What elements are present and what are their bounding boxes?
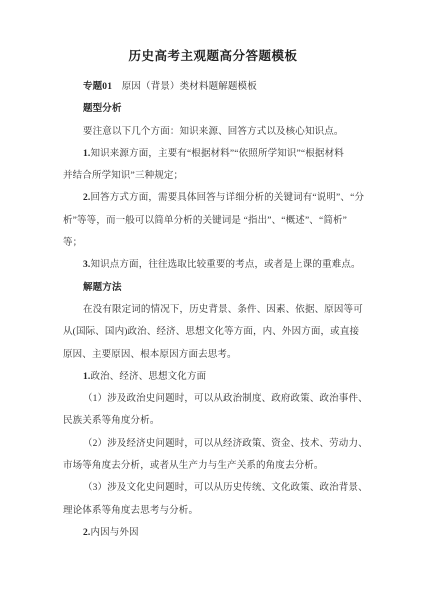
paragraph-line: 等； <box>63 232 363 254</box>
text-run: 市场等角度去分析，或者从生产力与生产关系的角度去分析。 <box>63 461 324 471</box>
paragraph-line: 民族关系等角度分析。 <box>63 410 363 432</box>
paragraph-line: 析”等等，而一般可以简单分析的关键词是 “指出”、“概述”、“简析” <box>63 210 363 232</box>
text-run: 从(国际、国内)政治、经济、思想文化等方面，内、外因方面，或直接 <box>63 327 359 337</box>
text-run: 要注意以下几个方面：知识来源、回答方式以及核心知识点。 <box>83 127 344 137</box>
paragraph-first-line: 3.知识点方面，往往选取比较重要的考点，或者是上课的重难点。 <box>63 254 363 276</box>
document-page: 历史高考主观题高分答题模板 专题01 原因（背景）类材料题解题模板题型分析要注意… <box>0 0 423 600</box>
text-run: 知识点方面，往往选取比较重要的考点，或者是上课的重难点。 <box>90 260 360 270</box>
paragraph-line: 原因、主要原因、根本原因方面去思考。 <box>63 344 363 366</box>
paragraph-first-line: （3）涉及文化史问题时，可以从历史传统、文化政策、政治背景、 <box>63 477 363 499</box>
document-title: 历史高考主观题高分答题模板 <box>63 46 363 66</box>
text-run: 民族关系等角度分析。 <box>63 416 160 426</box>
text-run: 原因（背景）类材料题解题模板 <box>112 82 257 92</box>
paragraph-first-line: 专题01 原因（背景）类材料题解题模板 <box>63 76 363 98</box>
paragraph-first-line: 2.回答方式方面，需要具体回答与详细分析的关键词有“说明”、“分 <box>63 187 363 209</box>
paragraph-first-line: 1.政治、经济、思想文化方面 <box>63 366 363 388</box>
paragraph-first-line: 解题方法 <box>63 277 363 299</box>
text-run: 理论体系等角度去思考与分析。 <box>63 506 198 516</box>
paragraph-line: 从(国际、国内)政治、经济、思想文化等方面，内、外因方面，或直接 <box>63 321 363 343</box>
text-run: 析”等等，而一般可以简单分析的关键词是 “指出”、“概述”、“简析” <box>63 216 347 226</box>
bold-text-run: 专题01 <box>83 82 112 92</box>
paragraph-first-line: （2）涉及经济史问题时，可以从经济政策、资金、技术、劳动力、 <box>63 433 363 455</box>
text-run: 原因、主要原因、根本原因方面去思考。 <box>63 350 237 360</box>
text-run: 等； <box>63 238 82 248</box>
text-run: 回答方式方面，需要具体回答与详细分析的关键词有“说明”、“分 <box>90 193 364 203</box>
text-run: 知识来源方面，主要有“根据材料”“依照所学知识”“根据材料 <box>90 149 343 159</box>
text-run: （1）涉及政治史问题时，可以从政治制度、政府政策、政治事件、 <box>83 394 368 404</box>
text-run: 在没有限定词的情况下，历史背景、条件、因素、依据、原因等可 <box>83 305 363 315</box>
text-run: 并结合所学知识”三种规定； <box>63 171 183 181</box>
text-run: （3）涉及文化史问题时，可以从历史传统、文化政策、政治背景、 <box>83 483 368 493</box>
paragraph-line: 并结合所学知识”三种规定； <box>63 165 363 187</box>
paragraph-first-line: 题型分析 <box>63 98 363 120</box>
paragraph-first-line: 1.知识来源方面，主要有“根据材料”“依照所学知识”“根据材料 <box>63 143 363 165</box>
paragraph-first-line: （1）涉及政治史问题时，可以从政治制度、政府政策、政治事件、 <box>63 388 363 410</box>
paragraph-first-line: 要注意以下几个方面：知识来源、回答方式以及核心知识点。 <box>63 121 363 143</box>
paragraph-first-line: 2.内因与外因 <box>63 522 363 544</box>
text-run: 内因与外因 <box>90 528 138 538</box>
paragraph-line: 市场等角度去分析，或者从生产力与生产关系的角度去分析。 <box>63 455 363 477</box>
text-run: 政治、经济、思想文化方面 <box>90 372 206 382</box>
text-run: （2）涉及经济史问题时，可以从经济政策、资金、技术、劳动力、 <box>83 439 368 449</box>
document-body: 专题01 原因（背景）类材料题解题模板题型分析要注意以下几个方面：知识来源、回答… <box>63 76 363 544</box>
paragraph-first-line: 在没有限定词的情况下，历史背景、条件、因素、依据、原因等可 <box>63 299 363 321</box>
paragraph-line: 理论体系等角度去思考与分析。 <box>63 500 363 522</box>
bold-text-run: 题型分析 <box>83 104 122 114</box>
bold-text-run: 解题方法 <box>83 283 122 293</box>
